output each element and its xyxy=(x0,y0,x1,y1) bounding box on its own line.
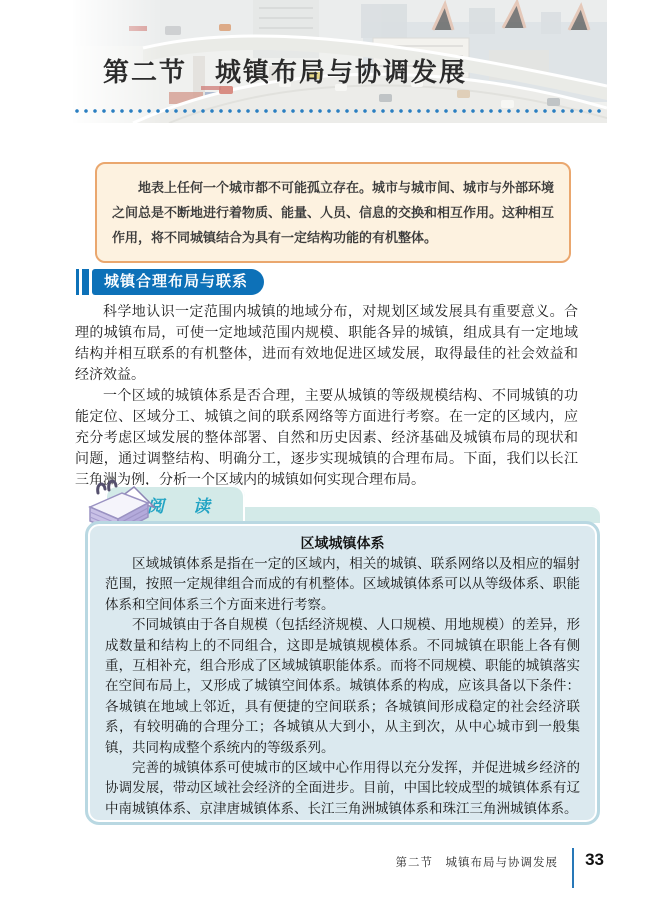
footer-section-label: 第二节 城镇布局与协调发展 xyxy=(396,854,559,870)
intro-box: 地表上任何一个城市都不可能孤立存在。城市与城市间、城市与外部环境之间总是不断地进… xyxy=(95,162,571,263)
reading-paragraph: 区域城镇体系是指在一定的区域内，相关的城镇、联系网络以及相应的辐射范围，按照一定… xyxy=(105,554,580,615)
dotted-divider xyxy=(75,109,602,113)
footer-divider-bar xyxy=(572,848,574,888)
heading-accent-bar-thick xyxy=(82,269,89,295)
textbook-page: 第二节 城镇布局与协调发展 地表上任何一个城市都不可能孤立存在。城市与城市间、城… xyxy=(0,0,650,920)
page-title: 第二节 城镇布局与协调发展 xyxy=(103,52,583,89)
reading-paragraph: 不同城镇由于各自规模（包括经济规模、人口规模、用地规模）的差异，形成数量和结构上… xyxy=(105,615,580,758)
page-number: 33 xyxy=(585,850,604,870)
reading-box: 区域城镇体系 区域城镇体系是指在一定的区域内，相关的城镇、联系网络以及相应的辐射… xyxy=(85,521,600,825)
reading-title: 区域城镇体系 xyxy=(105,533,580,554)
page-footer: 第二节 城镇布局与协调发展 33 xyxy=(0,846,650,892)
section-heading-label: 城镇合理布局与联系 xyxy=(92,269,264,295)
intro-text: 地表上任何一个城市都不可能孤立存在。城市与城市间、城市与外部环境之间总是不断地进… xyxy=(112,175,554,250)
reading-paragraph: 完善的城镇体系可使城市的区域中心作用得以充分发挥，并促进城乡经济的协调发展，带动… xyxy=(105,758,580,819)
body-paragraph: 一个区域的城镇体系是否合理，主要从城镇的等级规模结构、不同城镇的功能定位、区域分… xyxy=(75,385,578,490)
body-text: 科学地认识一定范围内城镇的地域分布，对规划区域发展具有重要意义。合理的城镇布局，… xyxy=(75,301,578,490)
body-paragraph: 科学地认识一定范围内城镇的地域分布，对规划区域发展具有重要意义。合理的城镇布局，… xyxy=(75,301,578,385)
heading-accent-bar-thin xyxy=(76,269,79,295)
